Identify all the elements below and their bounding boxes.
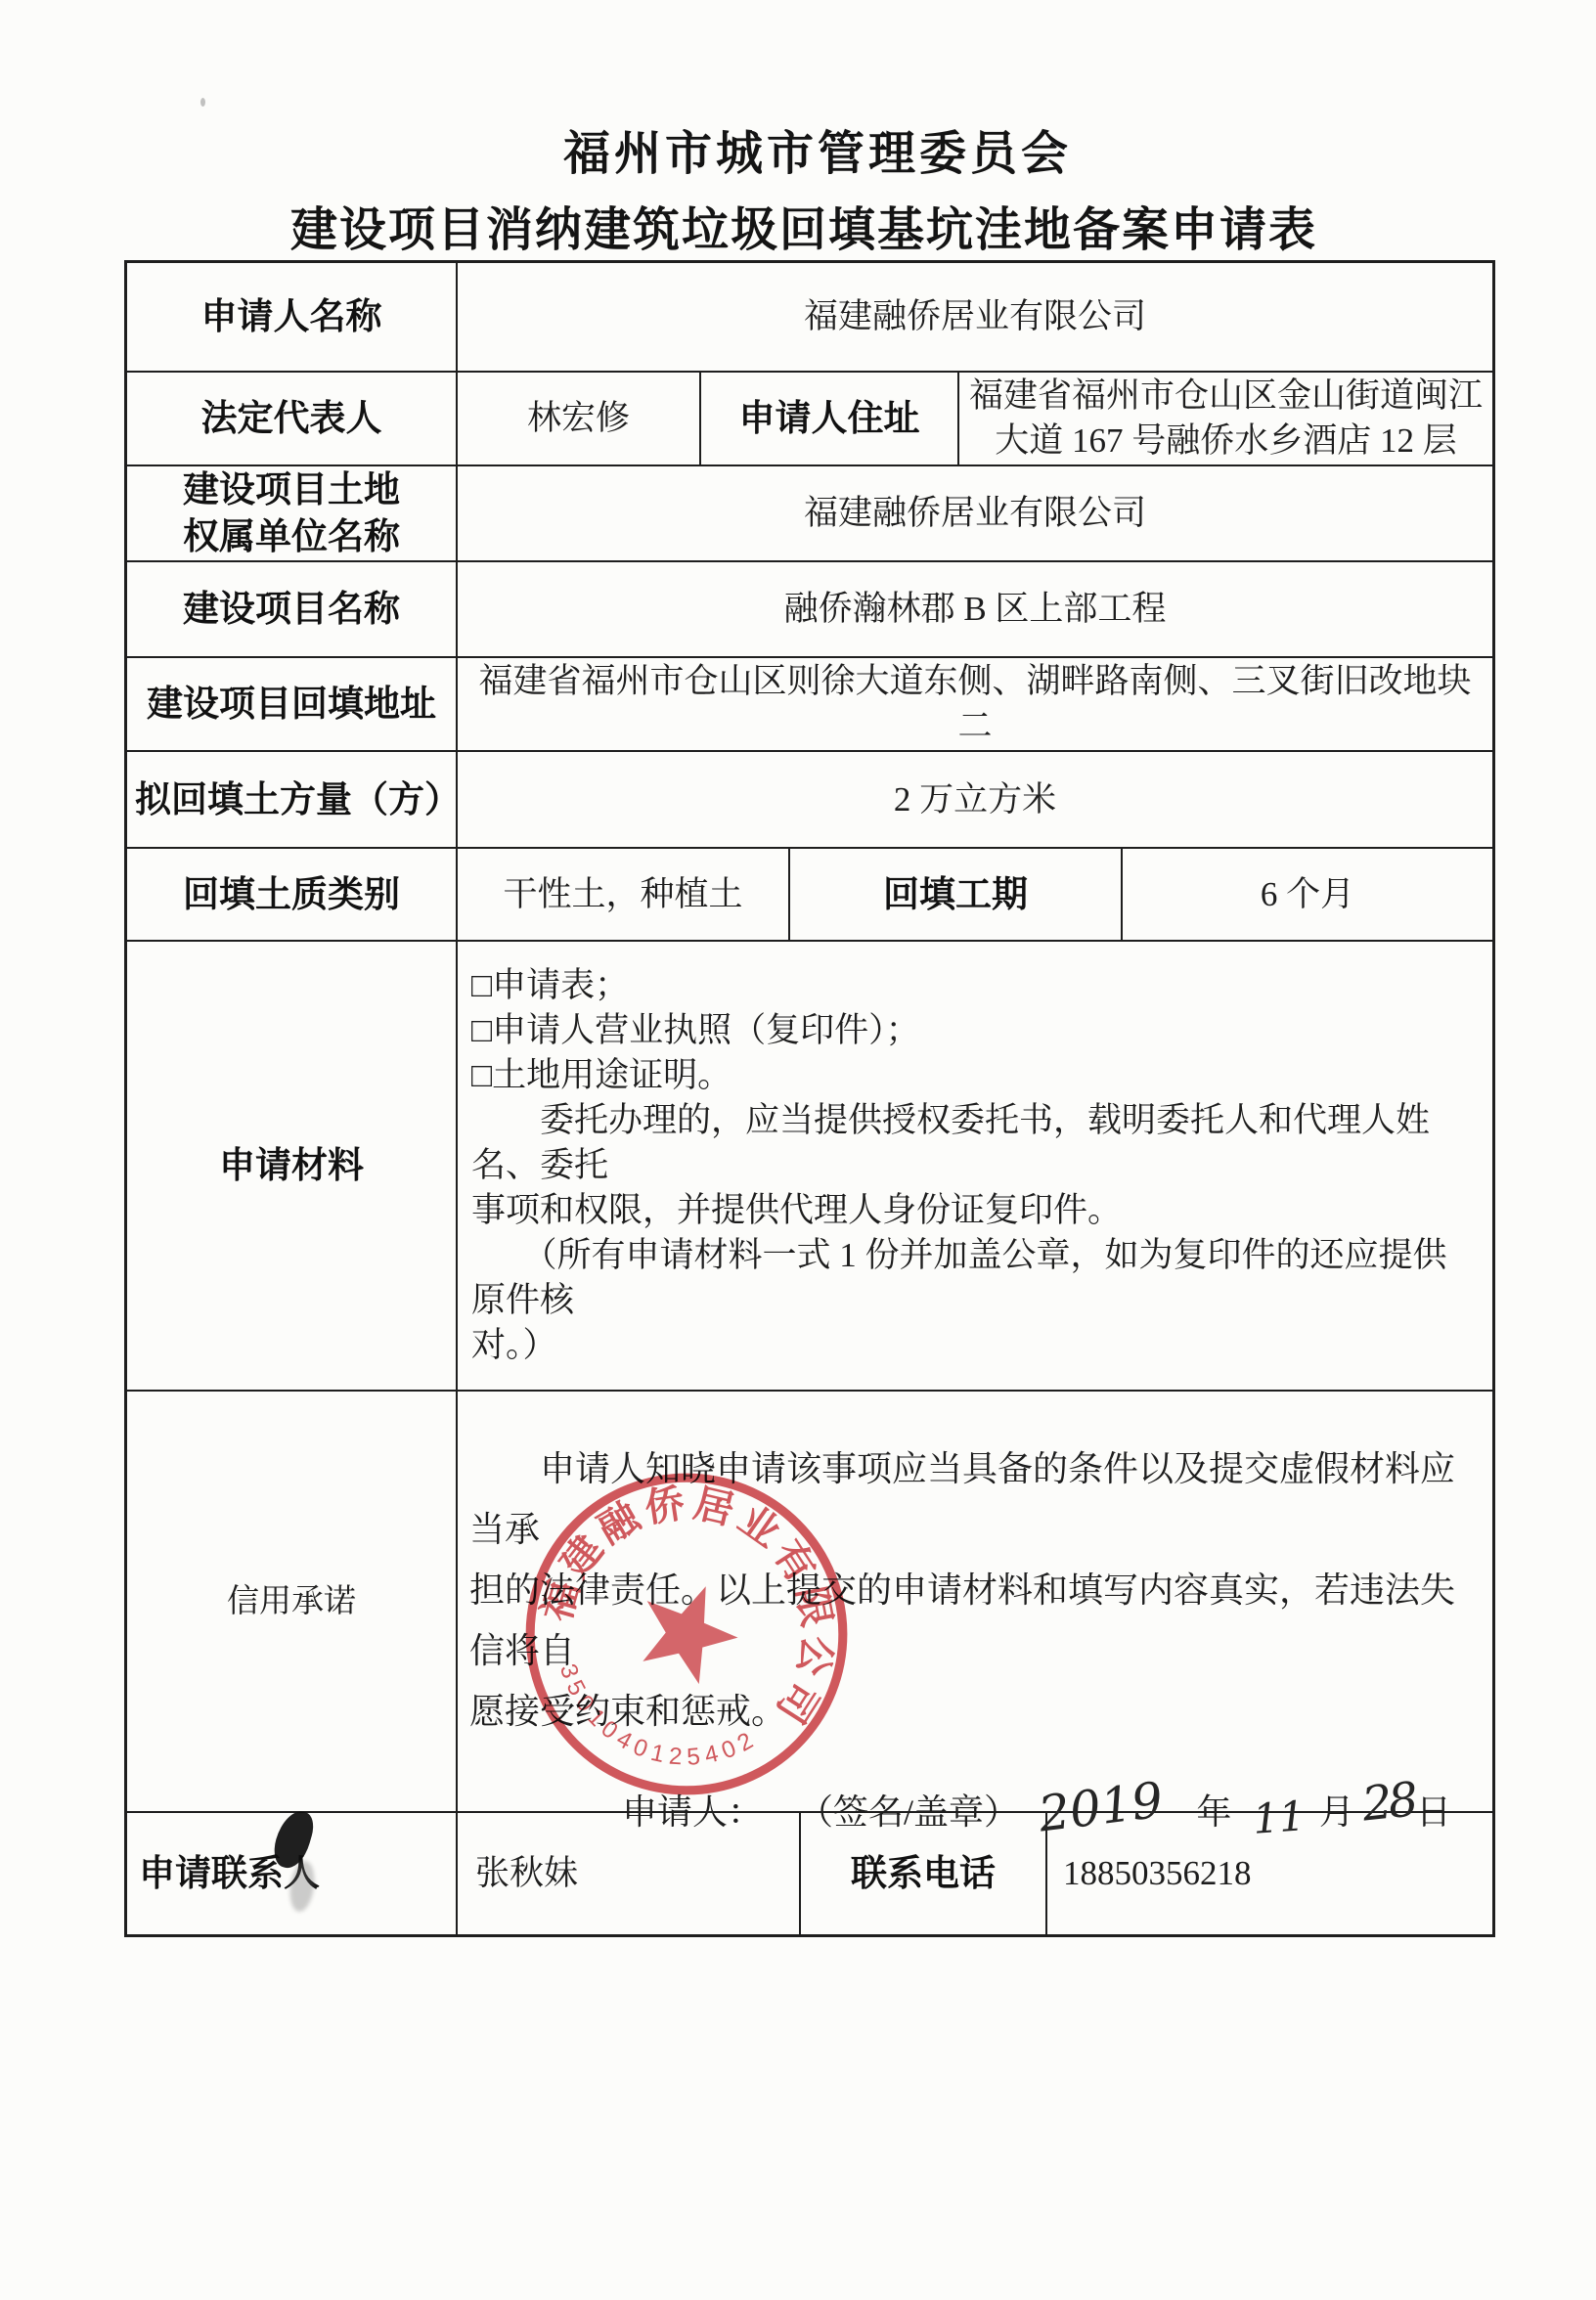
row-project-name: 建设项目名称 融侨瀚林郡 B 区上部工程 [127, 560, 1492, 656]
contact-value: 张秋妹 [456, 1813, 799, 1934]
scanned-form-page: 福州市城市管理委员会 建设项目消纳建筑垃圾回填基坑洼地备案申请表 申请人名称 福… [0, 0, 1596, 2300]
backfill-period-value: 6 个月 [1121, 849, 1492, 940]
row-legal-representative: 法定代表人 林宏修 申请人住址 福建省福州市仓山区金山街道闽江 大道 167 号… [127, 371, 1492, 464]
row-backfill-address: 建设项目回填地址 福建省福州市仓山区则徐大道东侧、湖畔路南侧、三叉街旧改地块二 [127, 656, 1492, 750]
row-backfill-volume: 拟回填土方量（方） 2 万立方米 [127, 750, 1492, 847]
scan-speck [200, 98, 205, 107]
row-land-owner: 建设项目土地 权属单位名称 福建融侨居业有限公司 [127, 464, 1492, 560]
seal-star-icon [626, 1568, 752, 1691]
backfill-address-label: 建设项目回填地址 [127, 658, 456, 750]
handwritten-day: 28 [1359, 1772, 1417, 1832]
company-seal-stamp: 福建融侨居业有限公司 3501040125402 [516, 1464, 857, 1804]
applicant-name-label: 申请人名称 [127, 263, 456, 371]
materials-label: 申请材料 [127, 942, 456, 1390]
row-soil-type: 回填土质类别 干性土，种植土 回填工期 6 个月 [127, 847, 1492, 940]
project-name-value: 融侨瀚林郡 B 区上部工程 [456, 562, 1492, 656]
backfill-volume-label: 拟回填土方量（方） [127, 752, 456, 847]
row-applicant-name: 申请人名称 福建融侨居业有限公司 [127, 263, 1492, 371]
backfill-volume-value: 2 万立方米 [456, 752, 1492, 847]
project-name-label: 建设项目名称 [127, 562, 456, 656]
materials-checklist: □申请表； □申请人营业执照（复印件）； □土地用途证明。 委托办理的，应当提供… [471, 963, 1473, 1368]
legal-rep-label: 法定代表人 [127, 373, 456, 464]
soil-type-label: 回填土质类别 [127, 849, 456, 940]
phone-label: 联系电话 [799, 1813, 1045, 1934]
soil-type-value: 干性土，种植土 [456, 849, 788, 940]
applicant-address-value: 福建省福州市仓山区金山街道闽江 大道 167 号融侨水乡酒店 12 层 [957, 373, 1492, 464]
land-owner-value: 福建融侨居业有限公司 [456, 466, 1492, 560]
legal-rep-value: 林宏修 [456, 373, 699, 464]
applicant-address-label: 申请人住址 [699, 373, 957, 464]
doc-title: 福州市城市管理委员会 [0, 115, 1596, 183]
handwritten-month: 11 [1252, 1791, 1308, 1843]
row-application-materials: 申请材料 □申请表； □申请人营业执照（复印件）； □土地用途证明。 委托办理的… [127, 940, 1492, 1390]
materials-content: □申请表； □申请人营业执照（复印件）； □土地用途证明。 委托办理的，应当提供… [456, 942, 1492, 1390]
credit-label: 信用承诺 [127, 1392, 456, 1811]
doc-subtitle: 建设项目消纳建筑垃圾回填基坑洼地备案申请表 [0, 192, 1596, 259]
backfill-address-value: 福建省福州市仓山区则徐大道东侧、湖畔路南侧、三叉街旧改地块二 [456, 658, 1492, 750]
land-owner-label: 建设项目土地 权属单位名称 [127, 466, 456, 560]
applicant-name-value: 福建融侨居业有限公司 [456, 263, 1492, 371]
backfill-period-label: 回填工期 [788, 849, 1121, 940]
